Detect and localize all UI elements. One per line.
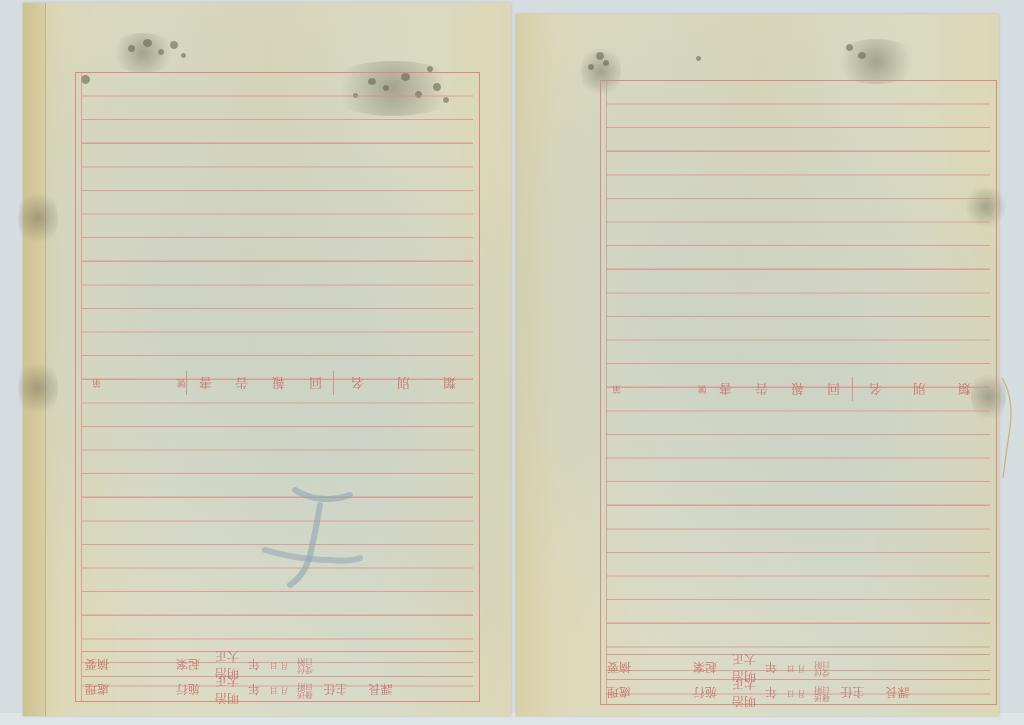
loose-thread <box>1000 378 1020 478</box>
footer-cell: 受付 日附 <box>289 657 313 673</box>
header-char: 別 <box>913 380 926 399</box>
header-char: 書 <box>199 374 212 393</box>
foxing-spot <box>603 60 609 66</box>
footer-cell: 處理 <box>82 681 112 698</box>
header-char: 類 <box>443 374 456 393</box>
form-label-row: 第 號 書 告 報 回 名 別 類 <box>82 371 473 395</box>
footer-cell: 受付 日附 <box>806 660 830 676</box>
foxing-spot <box>588 64 594 70</box>
foxing-stain <box>18 188 58 248</box>
printed-frame: 第 號 書 告 報 回 名 別 類 摘要 起案 明治 大正 <box>75 72 480 702</box>
footer-cell: 主任 <box>313 681 358 698</box>
foxing-spot <box>170 41 178 49</box>
left-form-sheet: 第 號 書 告 報 回 名 別 類 摘要 起案 明治 大正 <box>23 3 511 716</box>
printed-frame: 第 號 書 告 報 回 名 別 類 摘要 起案 明治 大正 <box>600 80 997 705</box>
foxing-spot <box>128 45 135 52</box>
footer-cell: 處理 <box>607 684 631 701</box>
header-char: 書 <box>719 380 732 399</box>
footer-cell: 主任 <box>830 684 875 701</box>
footer-row-sent: 處理 施行 明治 大正 年 月 日 發送 日附 主任 課長 <box>82 676 473 702</box>
footer-cell: 年 <box>756 659 786 676</box>
form-footer: 摘要 起案 明治 大正 年 月 日 受付 日附 處理 施行 明治 大正 年 月 … <box>607 654 990 704</box>
foxing-stain <box>108 33 178 73</box>
footer-cell: 發送 日附 <box>806 685 830 701</box>
footer-cell: 摘要 <box>82 656 112 673</box>
header-char: 名 <box>351 374 364 393</box>
foxing-stain <box>18 358 58 418</box>
footer-cell: 年 <box>239 681 269 698</box>
header-char: 報 <box>791 380 804 399</box>
pencil-cross-mark <box>250 480 370 590</box>
foxing-spot <box>158 49 164 55</box>
foxing-spot <box>858 52 866 59</box>
footer-cell: 摘要 <box>607 659 631 676</box>
footer-cell: 起案 <box>689 659 721 676</box>
label-number-suffix: 號 <box>177 377 186 390</box>
header-char: 告 <box>755 380 768 399</box>
footer-row-received: 摘要 起案 明治 大正 年 月 日 受付 日附 <box>82 651 473 677</box>
right-form-sheet: 第 號 書 告 報 回 名 別 類 摘要 起案 明治 大正 <box>516 14 999 716</box>
foxing-spot <box>181 53 186 58</box>
form-footer: 摘要 起案 明治 大正 年 月 日 受付 日附 處理 施行 明治 大正 年 月 … <box>82 651 473 701</box>
header-char: 別 <box>397 374 410 393</box>
foxing-stain <box>831 39 921 84</box>
foxing-spot <box>846 44 853 51</box>
footer-cell: 月 日 <box>269 661 289 669</box>
header-char: 回 <box>827 380 840 399</box>
header-char: 報 <box>272 374 285 393</box>
header-char: 回 <box>309 374 322 393</box>
footer-cell: 課長 <box>358 681 403 698</box>
label-number-prefix: 第 <box>612 383 621 396</box>
header-char: 類 <box>958 380 971 399</box>
footer-cell: 明治 大正 <box>721 676 756 710</box>
foxing-spot <box>596 52 604 60</box>
footer-cell: 發送 日附 <box>289 682 313 698</box>
label-number-suffix: 號 <box>698 383 707 396</box>
foxing-spot <box>696 56 701 61</box>
footer-row-received: 摘要 起案 明治 大正 年 月 日 受付 日附 <box>607 654 990 680</box>
footer-cell: 起案 <box>172 656 204 673</box>
footer-cell: 施行 <box>689 684 721 701</box>
form-label-row: 第 號 書 告 報 回 名 別 類 <box>607 377 990 401</box>
footer-cell: 明治 大正 <box>204 673 239 707</box>
footer-cell: 施行 <box>172 681 204 698</box>
footer-cell: 月 日 <box>786 689 806 697</box>
header-char: 名 <box>869 380 882 399</box>
footer-cell: 課長 <box>875 684 920 701</box>
foxing-spot <box>143 39 152 47</box>
footer-cell: 月 日 <box>786 664 806 672</box>
header-char: 告 <box>235 374 248 393</box>
label-number-prefix: 第 <box>92 377 101 390</box>
footer-cell: 月 日 <box>269 686 289 694</box>
footer-row-sent: 處理 施行 明治 大正 年 月 日 發送 日附 主任 課長 <box>607 679 990 705</box>
footer-cell: 年 <box>756 684 786 701</box>
footer-cell: 年 <box>239 656 269 673</box>
